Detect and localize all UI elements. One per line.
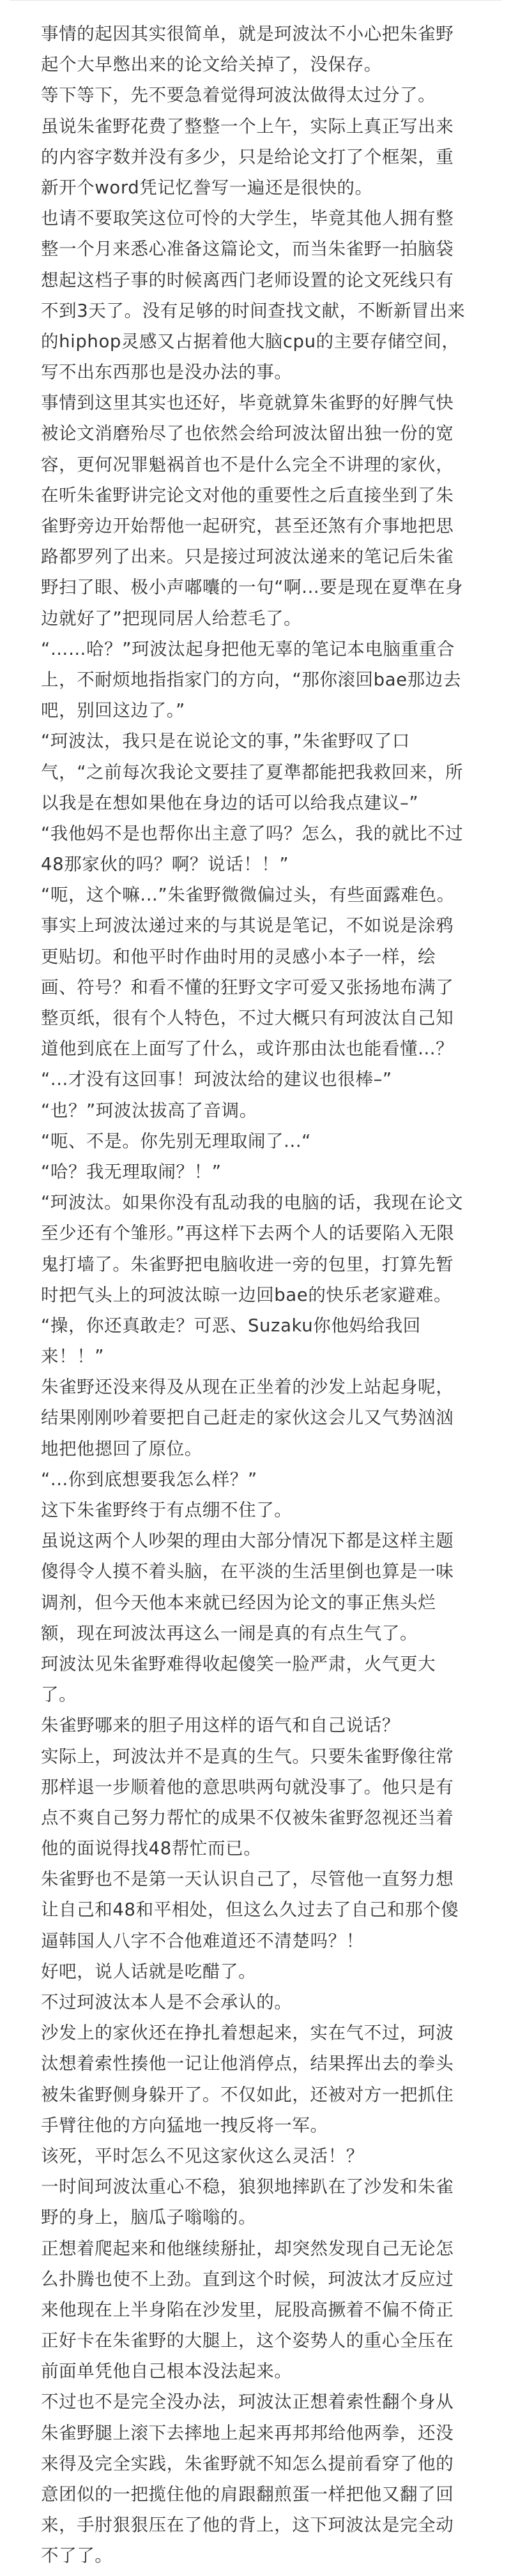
text-line: 傻得令人摸不着头脑，在平淡的生活里倒也算是一味	[41, 1556, 475, 1587]
text-line: 虽说这两个人吵架的理由大部分情况下都是这样主题	[41, 1525, 475, 1556]
text-line: 时把气头上的珂波汰晾一边回bae的快乐老家避难。	[41, 1280, 475, 1310]
text-line: 上，不耐烦地指指家门的方向，“那你滚回bae那边去	[41, 664, 475, 695]
text-line: 结果刚刚吵着要把自己赶走的家伙这会儿又气势汹汹	[41, 1402, 475, 1433]
text-line: 朱雀野也不是第一天认识自己了，尽管他一直努力想	[41, 1864, 475, 1894]
text-line: “...你到底想要我怎么样？”	[41, 1464, 475, 1495]
text-line: 沙发上的家伙还在挣扎着想起来，实在气不过，珂波	[41, 2018, 475, 2048]
text-line: 气，“之前每次我论文要挂了夏準都能把我救回来，所	[41, 757, 475, 788]
text-line: 来！！”	[41, 1341, 475, 1372]
text-line: 事实上珂波汰递过来的与其说是笔记，不如说是涂鸦	[41, 910, 475, 941]
text-line: 等下等下，先不要急着觉得珂波汰做得太过分了。	[41, 80, 475, 110]
text-line: 点不爽自己努力帮忙的成果不仅被朱雀野忽视还当着	[41, 1802, 475, 1833]
text-line: 吧，别回这边了。”	[41, 695, 475, 726]
top-divider	[10, 0, 501, 1]
text-line: 调剂，但今天他本来就已经因为论文的事正焦头烂	[41, 1587, 475, 1618]
text-line: 了。	[41, 1679, 475, 1710]
text-line: 容，更何况罪魁祸首也不是什么完全不讲理的家伙，	[41, 449, 475, 480]
text-line: 画、符号？和看不懂的狂野文字可爱又张扬地布满了	[41, 972, 475, 1003]
text-line: 他的面说得找48帮忙而已。	[41, 1833, 475, 1864]
text-line: 起个大早憋出来的论文给关掉了，没保存。	[41, 49, 475, 80]
text-line: 48那家伙的吗？啊？说话！！”	[41, 849, 475, 880]
text-line: 汰想着索性揍他一记让他消停点，结果挥出去的拳头	[41, 2048, 475, 2079]
text-line: 不过也不是完全没办法，珂波汰正想着索性翻个身从	[41, 2386, 475, 2417]
text-line: 不到3天了。没有足够的时间查找文献，不断新冒出来	[41, 296, 475, 326]
text-line: 的hiphop灵感又占据着他大脑cpu的主要存储空间，	[41, 326, 475, 357]
text-line: 事情的起因其实很简单，就是珂波汰不小心把朱雀野	[41, 19, 475, 49]
text-line: 不了了。	[41, 2540, 475, 2571]
text-line: 路都罗列了出来。只是接过珂波汰递来的笔记后朱雀	[41, 541, 475, 572]
text-line: 该死，平时怎么不见这家伙这么灵活！？	[41, 2141, 475, 2171]
text-line: 朱雀野还没来得及从现在正坐着的沙发上站起身呢，	[41, 1372, 475, 1402]
text-line: 来，手肘狠狠压在了他的背上，这下珂波汰是完全动	[41, 2510, 475, 2540]
text-line: “……哈？”珂波汰起身把他无辜的笔记本电脑重重合	[41, 634, 475, 664]
text-line: “呃、不是。你先别无理取闹了...“	[41, 1126, 475, 1157]
text-line: 整一个月来悉心准备这篇论文，而当朱雀野一拍脑袋	[41, 234, 475, 264]
text-line: 么扑腾也使不上劲。直到这个时候，珂波汰才反应过	[41, 2264, 475, 2295]
text-line: 也请不要取笑这位可怜的大学生，毕竟其他人拥有整	[41, 203, 475, 234]
text-line: 手臂往他的方向猛地一拽反将一军。	[41, 2110, 475, 2141]
text-line: 意团似的一把揽住他的肩跟翻煎蛋一样把他又翻了回	[41, 2479, 475, 2510]
text-line: 想起这档子事的时候离西门老师设置的论文死线只有	[41, 265, 475, 296]
text-line: “操，你还真敢走？可恶、Suzaku你他妈给我回	[41, 1310, 475, 1341]
text-line: “珂波汰，我只是在说论文的事，”朱雀野叹了口	[41, 726, 475, 756]
text-line: 正想着爬起来和他继续掰扯，却突然发现自己无论怎	[41, 2233, 475, 2264]
text-line: “哈？我无理取闹？！”	[41, 1157, 475, 1187]
text-line: 额，现在珂波汰再这么一闹是真的有点生气了。	[41, 1618, 475, 1649]
text-line: 朱雀野哪来的胆子用这样的语气和自己说话？	[41, 1710, 475, 1741]
text-line: 这下朱雀野终于有点绷不住了。	[41, 1495, 475, 1525]
text-line: 的内容字数并没有多少，只是给论文打了个框架，重	[41, 142, 475, 172]
text-line: 实际上，珂波汰并不是真的生气。只要朱雀野像往常	[41, 1741, 475, 1772]
text-line: 朱雀野腿上滚下去摔地上起来再邦邦给他两拳，还没	[41, 2418, 475, 2448]
text-line: 以我是在想如果他在身边的话可以给我点建议–”	[41, 788, 475, 818]
text-line: 来他现在上半身陷在沙发里，屁股高撅着不偏不倚正	[41, 2295, 475, 2325]
text-line: “...才没有这回事！珂波汰给的建议也很棒–”	[41, 1064, 475, 1095]
text-line: 来得及完全实践，朱雀野就不知怎么提前看穿了他的	[41, 2448, 475, 2479]
text-line: 不过珂波汰本人是不会承认的。	[41, 1987, 475, 2018]
text-line: 写不出东西那也是没办法的事。	[41, 357, 475, 387]
text-line: 一时间珂波汰重心不稳，狼狈地摔趴在了沙发和朱雀	[41, 2171, 475, 2202]
text-line: 虽说朱雀野花费了整整一个上午，实际上真正写出来	[41, 111, 475, 142]
text-line: 地把他摁回了原位。	[41, 1434, 475, 1464]
text-line: “珂波汰。如果你没有乱动我的电脑的话，我现在论文	[41, 1187, 475, 1218]
text-line: 更贴切。和他平时作曲时用的灵感小本子一样，绘	[41, 941, 475, 972]
text-line: 被论文消磨殆尽了也依然会给珂波汰留出独一份的宽	[41, 418, 475, 449]
text-line: 鬼打墙了。朱雀野把电脑收进一旁的包里，打算先暂	[41, 1249, 475, 1280]
text-line: 雀野旁边开始帮他一起研究，甚至还煞有介事地把思	[41, 511, 475, 541]
text-line: 野的身上，脑瓜子嗡嗡的。	[41, 2202, 475, 2233]
article-body: 事情的起因其实很简单，就是珂波汰不小心把朱雀野起个大早憋出来的论文给关掉了，没保…	[41, 19, 475, 2572]
text-line: 让自己和48和平相处，但这么久过去了自己和那个傻	[41, 1894, 475, 1925]
text-line: 正好卡在朱雀野的大腿上，这个姿势人的重心全压在	[41, 2325, 475, 2356]
text-line: 逼韩国人八字不合他难道还不清楚吗？！	[41, 1926, 475, 1956]
text-line: 那样退一步顺着他的意思哄两句就没事了。他只是有	[41, 1772, 475, 1802]
text-line: 事情到这里其实也还好，毕竟就算朱雀野的好脾气快	[41, 387, 475, 418]
text-line: “呃，这个嘛...”朱雀野微微偏过头，有些面露难色。	[41, 880, 475, 910]
text-line: 好吧，说人话就是吃醋了。	[41, 1956, 475, 1987]
text-line: 道他到底在上面写了什么，或许那由汰也能看懂...？	[41, 1033, 475, 1064]
text-line: 整页纸，很有个人特色，不过大概只有珂波汰自己知	[41, 1003, 475, 1033]
text-line: 在听朱雀野讲完论文对他的重要性之后直接坐到了朱	[41, 480, 475, 511]
text-line: 边就好了”把现同居人给惹毛了。	[41, 603, 475, 634]
text-line: 前面单凭他自己根本没法起来。	[41, 2356, 475, 2386]
text-line: 被朱雀野侧身躲开了。不仅如此，还被对方一把抓住	[41, 2079, 475, 2110]
text-line: 野扫了眼、极小声嘟囔的一句“啊...要是现在夏準在身	[41, 572, 475, 603]
text-line: “我他妈不是也帮你出主意了吗？怎么，我的就比不过	[41, 818, 475, 849]
text-line: 新开个word凭记忆誊写一遍还是很快的。	[41, 172, 475, 203]
text-line: 至少还有个雏形。”再这样下去两个人的话要陷入无限	[41, 1218, 475, 1248]
text-line: “也？”珂波汰拔高了音调。	[41, 1095, 475, 1126]
text-line: 珂波汰见朱雀野难得收起傻笑一脸严肃，火气更大	[41, 1649, 475, 1679]
